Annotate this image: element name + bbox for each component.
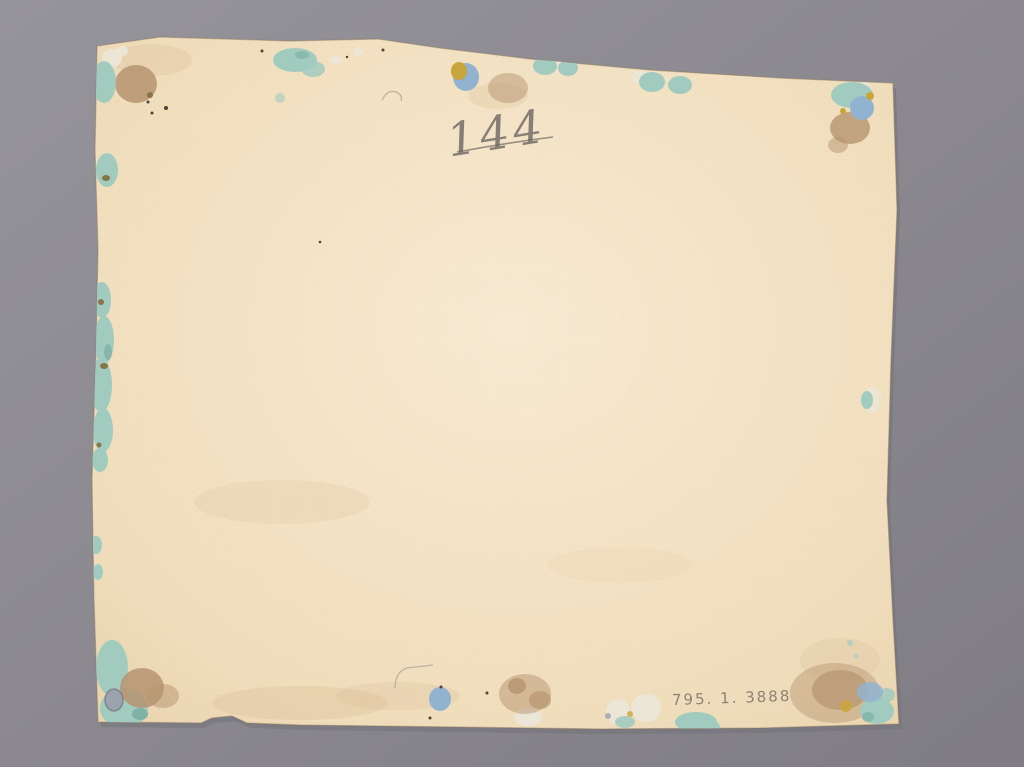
artwork-verso-svg: 144 795. 1. 3888 — [0, 0, 1024, 767]
artwork-verso-photo: 144 795. 1. 3888 — [0, 0, 1024, 767]
